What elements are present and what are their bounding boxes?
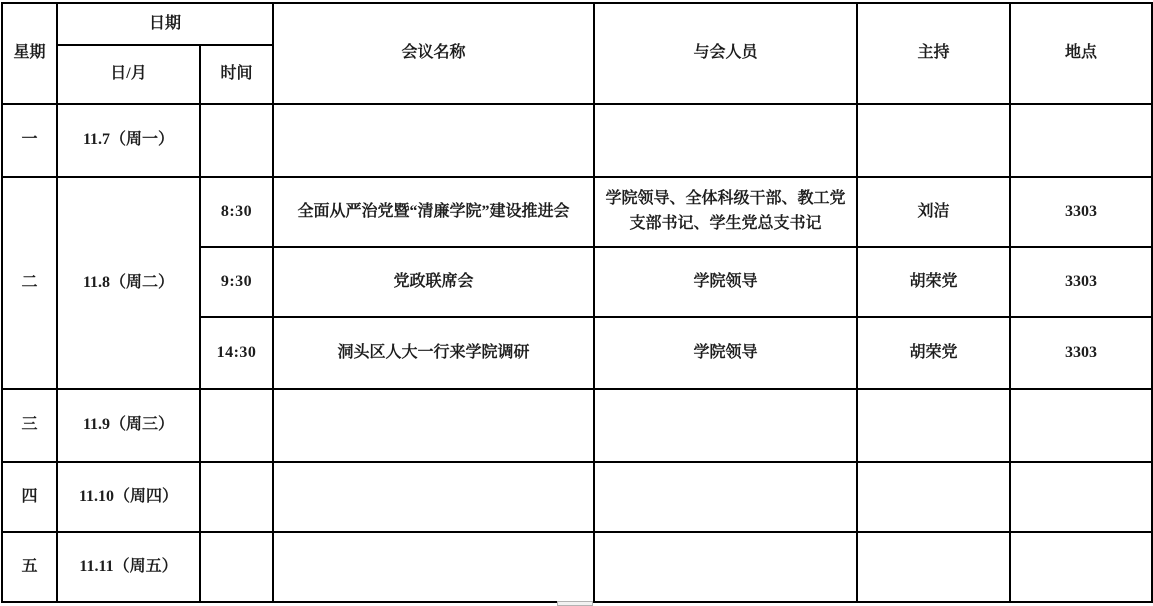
header-row-top: 星期 日期 会议名称 与会人员 主持 地点 — [2, 3, 1152, 45]
cell-host: 胡荣党 — [857, 317, 1010, 389]
cell-location: 3303 — [1010, 317, 1152, 389]
cell-host — [857, 532, 1010, 602]
cell-date: 11.9（周三） — [57, 389, 200, 462]
cell-attendees: 学院领导、全体科级干部、教工党支部书记、学生党总支书记 — [594, 177, 857, 247]
day-row-tuesday-meeting-1: 二 11.8（周二） 8:30 全面从严治党暨“清廉学院”建设推进会 学院领导、… — [2, 177, 1152, 247]
cell-time: 14:30 — [200, 317, 273, 389]
day-row-wednesday: 三 11.9（周三） — [2, 389, 1152, 462]
header-location: 地点 — [1010, 3, 1152, 104]
cell-host: 胡荣党 — [857, 247, 1010, 317]
cell-host: 刘洁 — [857, 177, 1010, 247]
cell-location — [1010, 462, 1152, 532]
cell-attendees — [594, 462, 857, 532]
cell-weekday: 二 — [2, 177, 57, 389]
cell-attendees — [594, 104, 857, 177]
meeting-schedule-page: 星期 日期 会议名称 与会人员 主持 地点 日/月 时间 一 11.7（周一） — [0, 0, 1153, 606]
cell-meeting-name — [273, 462, 594, 532]
cell-meeting-name — [273, 104, 594, 177]
cell-location — [1010, 104, 1152, 177]
day-row-thursday: 四 11.10（周四） — [2, 462, 1152, 532]
header-time: 时间 — [200, 45, 273, 104]
cell-time — [200, 462, 273, 532]
cell-location: 3303 — [1010, 247, 1152, 317]
header-attendees: 与会人员 — [594, 3, 857, 104]
cell-location — [1010, 532, 1152, 602]
cell-date: 11.10（周四） — [57, 462, 200, 532]
cell-meeting-name — [273, 532, 594, 602]
cell-time: 8:30 — [200, 177, 273, 247]
cell-weekday: 五 — [2, 532, 57, 602]
cell-host — [857, 104, 1010, 177]
cell-date: 11.8（周二） — [57, 177, 200, 389]
cell-time: 9:30 — [200, 247, 273, 317]
cell-date: 11.7（周一） — [57, 104, 200, 177]
header-day-month: 日/月 — [57, 45, 200, 104]
cell-meeting-name: 洞头区人大一行来学院调研 — [273, 317, 594, 389]
cell-location — [1010, 389, 1152, 462]
cell-meeting-name: 党政联席会 — [273, 247, 594, 317]
cell-host — [857, 389, 1010, 462]
header-week: 星期 — [2, 3, 57, 104]
cell-attendees — [594, 532, 857, 602]
cell-date: 11.11（周五） — [57, 532, 200, 602]
cell-time — [200, 532, 273, 602]
cell-weekday: 四 — [2, 462, 57, 532]
day-row-friday: 五 11.11（周五） — [2, 532, 1152, 602]
cell-host — [857, 462, 1010, 532]
cell-time — [200, 389, 273, 462]
cell-meeting-name: 全面从严治党暨“清廉学院”建设推进会 — [273, 177, 594, 247]
day-row-monday: 一 11.7（周一） — [2, 104, 1152, 177]
page-edge-artifact — [557, 601, 593, 606]
header-date-group: 日期 — [57, 3, 273, 45]
header-meeting-name: 会议名称 — [273, 3, 594, 104]
cell-attendees: 学院领导 — [594, 247, 857, 317]
cell-weekday: 一 — [2, 104, 57, 177]
cell-location: 3303 — [1010, 177, 1152, 247]
header-host: 主持 — [857, 3, 1010, 104]
cell-attendees: 学院领导 — [594, 317, 857, 389]
cell-attendees — [594, 389, 857, 462]
cell-meeting-name — [273, 389, 594, 462]
cell-time — [200, 104, 273, 177]
cell-weekday: 三 — [2, 389, 57, 462]
meeting-schedule-table: 星期 日期 会议名称 与会人员 主持 地点 日/月 时间 一 11.7（周一） — [1, 2, 1153, 603]
